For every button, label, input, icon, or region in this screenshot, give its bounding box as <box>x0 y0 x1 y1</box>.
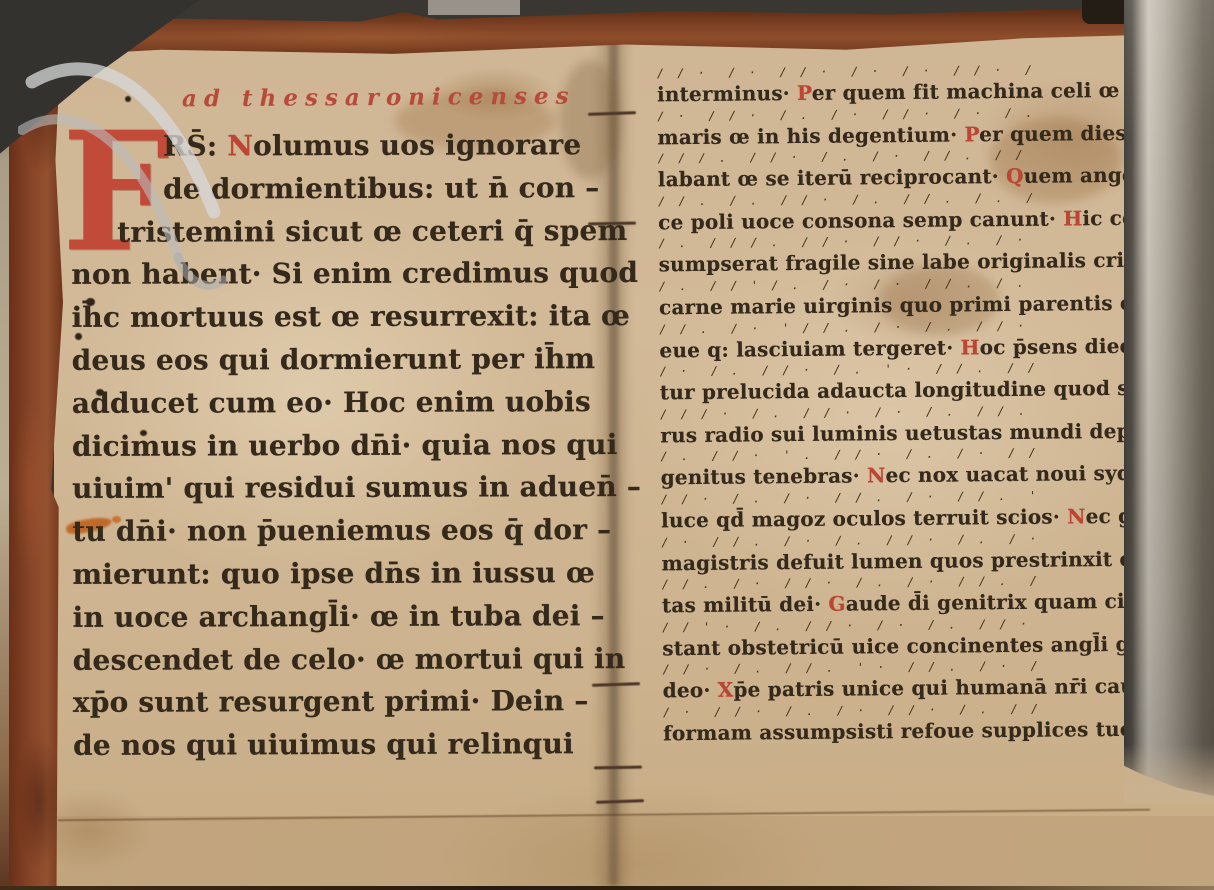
text-segment: formam assumpsisti refoue supplices tuos… <box>663 717 1152 746</box>
text-segment: de nos qui uiuimus qui relinqui <box>73 727 574 762</box>
manuscript-text-line: / / / . / / · / . / · / / . / /labant œ … <box>658 147 1146 194</box>
manuscript-text-line: in uoce archangl̄i· œ in tuba dei – <box>73 596 603 641</box>
manuscript-text-line: uiuim' qui residui sumus in aduen̄ – <box>72 467 602 512</box>
manuscript-text-line: / / / · / . / / · / · / . / / .rus radio… <box>660 402 1148 449</box>
background-gap <box>428 0 520 15</box>
manuscript-text-line: / / . / . / / · / . / / . / . /ce poli u… <box>658 189 1146 236</box>
text-segment: ce poli uoce consona semp canunt· <box>658 206 1063 234</box>
text-segment: mierunt: quo ipse dn̄s in iussu œ <box>72 556 595 591</box>
bottom-shadow-edge <box>0 886 1214 890</box>
manuscript-text-line: descendet de celo· œ mortui qui in <box>73 639 603 684</box>
glass-rod-page-weight <box>1124 0 1214 796</box>
rubricated-initial: X <box>718 678 734 702</box>
text-segment: dicimus in uerbo dn̄i· quia nos qui <box>72 428 618 463</box>
text-segment: carne marie uirginis quo primi parentis … <box>659 290 1204 319</box>
text-segment: maris œ in his degentium· <box>657 122 964 149</box>
manuscript-text-line: / · / / · / . / · / / · / . / /formam as… <box>663 701 1151 748</box>
right-page-text-block: / / · / · / / · / · / · / / · /interminu… <box>657 62 1152 748</box>
manuscript-text-line: / · / / · / . / · / / · / · / .maris œ i… <box>657 104 1145 151</box>
text-segment: deus eos qui dormierunt per ih̄m <box>72 342 596 377</box>
manuscript-text-line: / / . / · / / · / . / · / / . /tas milit… <box>662 573 1150 620</box>
text-segment: tur prelucida adaucta longitudine quod s… <box>660 375 1185 404</box>
manuscript-text-line: / . / / / . / / · / / · / . / ·sumpserat… <box>658 232 1146 279</box>
manuscript-text-line: / / · / . / · / / . / · / / . 'luce qd̄ … <box>661 488 1149 535</box>
manuscript-text-line: / / · / · / / · / · / · / / · /interminu… <box>657 62 1145 109</box>
text-segment: stant obstetricū uice concinentes angl̄i… <box>662 631 1172 660</box>
text-segment: p̄e patris unice qui humanā nr̄i causa <box>733 674 1159 702</box>
rubricated-initial: N <box>1067 504 1086 528</box>
manuscript-text-line: / / . / · ' / / . / · / . / / ·eue q: la… <box>659 317 1147 364</box>
gutter-stain <box>609 40 618 885</box>
text-segment: labant œ se iterū reciprocant· <box>658 164 1006 191</box>
glass-rod-end-fade <box>1124 744 1214 804</box>
rubricated-initial: N <box>867 464 886 488</box>
manuscript-photograph: ad thessaronicenses F RS̄: Nolumus uos i… <box>0 0 1214 890</box>
manuscript-text-line: mierunt: quo ipse dn̄s in iussu œ <box>72 553 602 598</box>
text-segment: luce qd̄ magoz oculos terruit scios· <box>661 504 1067 532</box>
underlying-leaf <box>54 816 1214 890</box>
rubricated-initial: H <box>1063 206 1082 230</box>
manuscript-text-line: adducet cum eo· Hoc enim uobis <box>72 382 602 427</box>
manuscript-text-line: dicimus in uerbo dn̄i· quia nos qui <box>72 425 602 470</box>
rubricated-initial: G <box>828 592 846 616</box>
text-segment: interminus· <box>657 81 797 106</box>
text-segment: deo· <box>663 678 718 703</box>
manuscript-text-line: de nos qui uiuimus qui relinqui <box>73 724 603 769</box>
manuscript-text-line: / . / / · ' . / / · / . / · / /genitus t… <box>660 445 1148 492</box>
text-segment: tu dn̄i· non p̄ueniemus eos q̄ dor – <box>72 513 611 548</box>
rubricated-initial: P <box>797 81 812 105</box>
rubricated-initial: H <box>960 335 979 359</box>
text-segment: eue q: lasciuiam tergeret· <box>659 335 960 362</box>
manuscript-text-line: / · / . / / · / . ' · / / . / /tur prelu… <box>660 360 1148 407</box>
text-segment: tas militū dei· <box>662 592 829 618</box>
page-holding-clip <box>18 52 268 312</box>
manuscript-text-line: / . / / ' / . / · / · / / . / .carne mar… <box>659 275 1147 322</box>
text-segment: genitus tenebras· <box>661 464 868 490</box>
text-segment: magistris defuit lumen quos prestrinxit … <box>661 546 1171 575</box>
rubricated-initial: Q <box>1006 164 1024 188</box>
text-segment: descendet de celo· œ mortui qui in <box>73 642 626 677</box>
manuscript-text-line: xp̄o sunt resurgent primi· Dein – <box>73 681 603 726</box>
manuscript-text-line: / · / / . / · / . / / · / . / ·magistris… <box>661 530 1149 577</box>
manuscript-text-line: / / · / . / / . ' · / / . / · /deo· Xp̄e… <box>662 658 1150 705</box>
manuscript-text-line: / / ' · / . / / · / · / . / / ·stant obs… <box>662 615 1150 662</box>
manuscript-text-line: deus eos qui dormierunt per ih̄m <box>72 339 602 384</box>
manuscript-text-line: tu dn̄i· non p̄ueniemus eos q̄ dor – <box>72 510 602 555</box>
text-segment: olumus uos ignorare <box>253 128 581 162</box>
text-segment: adducet cum eo· Hoc enim uobis <box>72 385 591 420</box>
text-segment: rus radio sui luminis uetustas mundi dep… <box>660 418 1194 447</box>
text-segment: uiuim' qui residui sumus in aduen̄ – <box>72 470 641 505</box>
text-segment: in uoce archangl̄i· œ in tuba dei – <box>73 599 605 634</box>
text-segment: xp̄o sunt resurgent primi· Dein – <box>73 684 589 719</box>
rubricated-initial: P <box>964 122 979 146</box>
